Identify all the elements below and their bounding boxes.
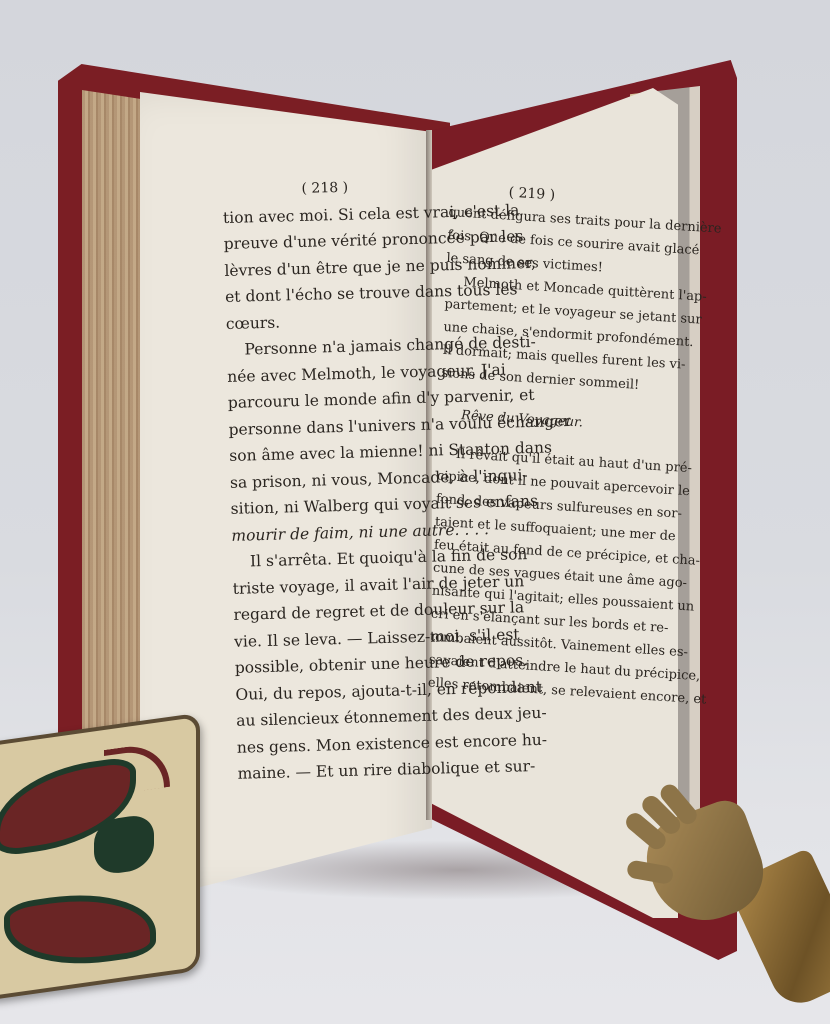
section-heading: Rêve du Voyageur. bbox=[439, 403, 605, 436]
right-page-text: ( 219 ) quent défigura ses traits pour l… bbox=[427, 178, 614, 705]
decorated-card-holder bbox=[0, 713, 200, 1002]
leaf-motif bbox=[4, 883, 156, 976]
text-line: maine. — Et un rire diabolique et sur- bbox=[237, 755, 443, 787]
plume-motif bbox=[104, 741, 170, 796]
left-page-text: ( 218 ) tion avec moi. Si cela est vrai,… bbox=[222, 173, 443, 788]
text-line: et dont l'écho se trouve dans tous les bbox=[225, 279, 431, 311]
